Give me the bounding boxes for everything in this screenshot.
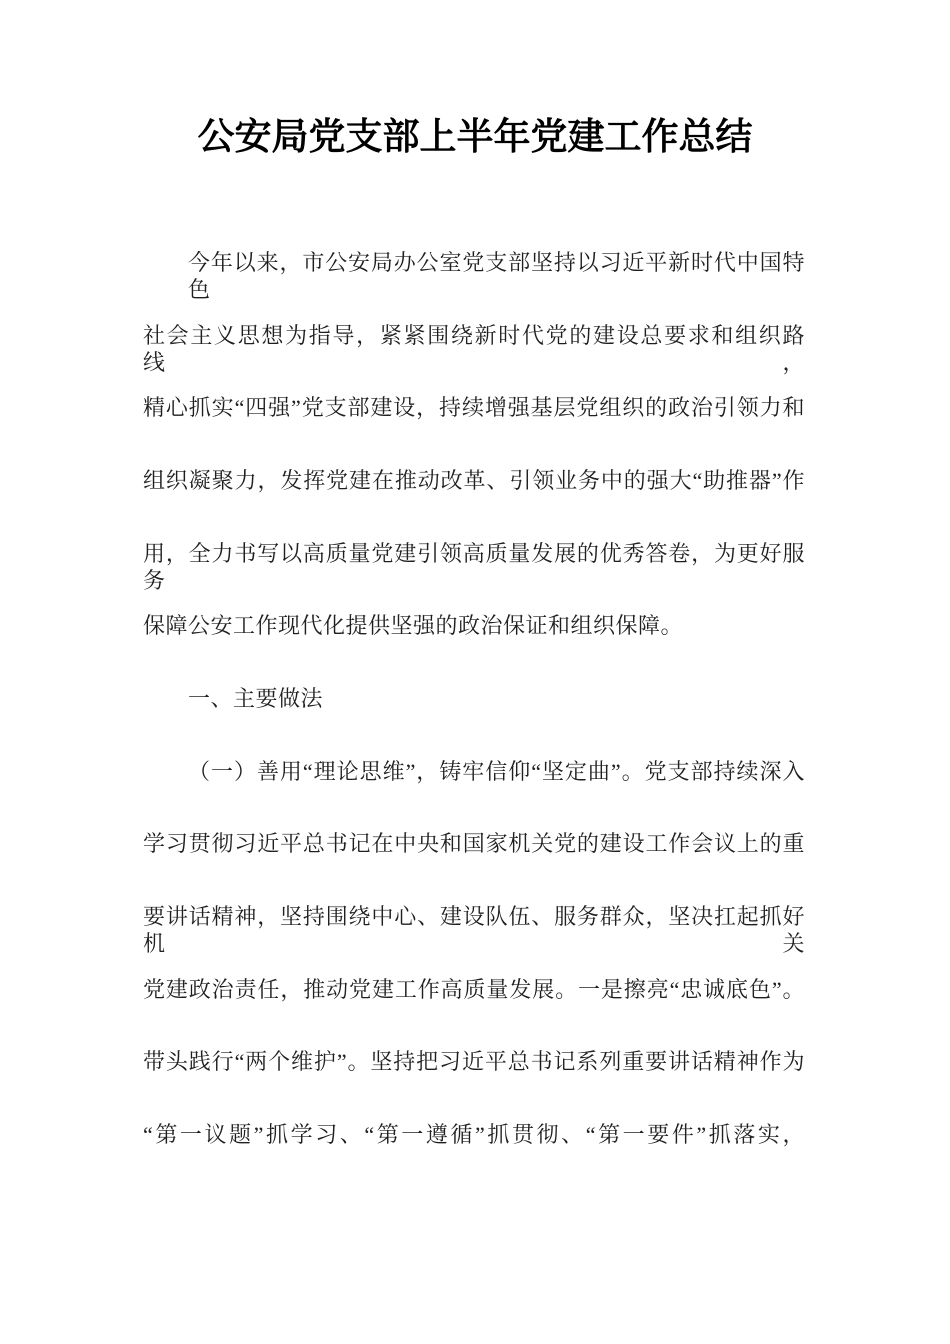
body-line: 组织凝聚力，发挥党建在推动改革、引领业务中的强大“助推器”作 [143,467,805,540]
body-line: “第一议题”抓学习、“第一遵循”抓贯彻、“第一要件”抓落实， [143,1121,805,1194]
body-line: 用，全力书写以高质量党建引领高质量发展的优秀答卷，为更好服务 [143,540,805,613]
body-line: 社会主义思想为指导，紧紧围绕新时代党的建设总要求和组织路线， [143,322,805,395]
body-line: 带头践行“两个维护”。坚持把习近平总书记系列重要讲话精神作为 [143,1048,805,1121]
paragraph-2: （一）善用“理论思维”，铸牢信仰“坚定曲”。党支部持续深入 学习贯彻习近平总书记… [143,758,805,1194]
body-line: 保障公安工作现代化提供坚强的政治保证和组织保障。 [143,612,805,685]
body-line: （一）善用“理论思维”，铸牢信仰“坚定曲”。党支部持续深入 [143,758,805,831]
document-body: 今年以来，市公安局办公室党支部坚持以习近平新时代中国特色 社会主义思想为指导，紧… [143,249,805,1194]
document-title: 公安局党支部上半年党建工作总结 [0,114,950,162]
section-heading: 一、主要做法 [143,685,805,758]
paragraph-1: 今年以来，市公安局办公室党支部坚持以习近平新时代中国特色 社会主义思想为指导，紧… [143,249,805,685]
body-line: 党建政治责任，推动党建工作高质量发展。一是擦亮“忠诚底色”。 [143,976,805,1049]
body-line: 学习贯彻习近平总书记在中央和国家机关党的建设工作会议上的重 [143,830,805,903]
document-page: 公安局党支部上半年党建工作总结 今年以来，市公安局办公室党支部坚持以习近平新时代… [0,0,950,1344]
body-line: 要讲话精神，坚持围绕中心、建设队伍、服务群众，坚决扛起抓好机关 [143,903,805,976]
body-line: 精心抓实“四强”党支部建设，持续增强基层党组织的政治引领力和 [143,394,805,467]
body-line: 今年以来，市公安局办公室党支部坚持以习近平新时代中国特色 [143,249,805,322]
